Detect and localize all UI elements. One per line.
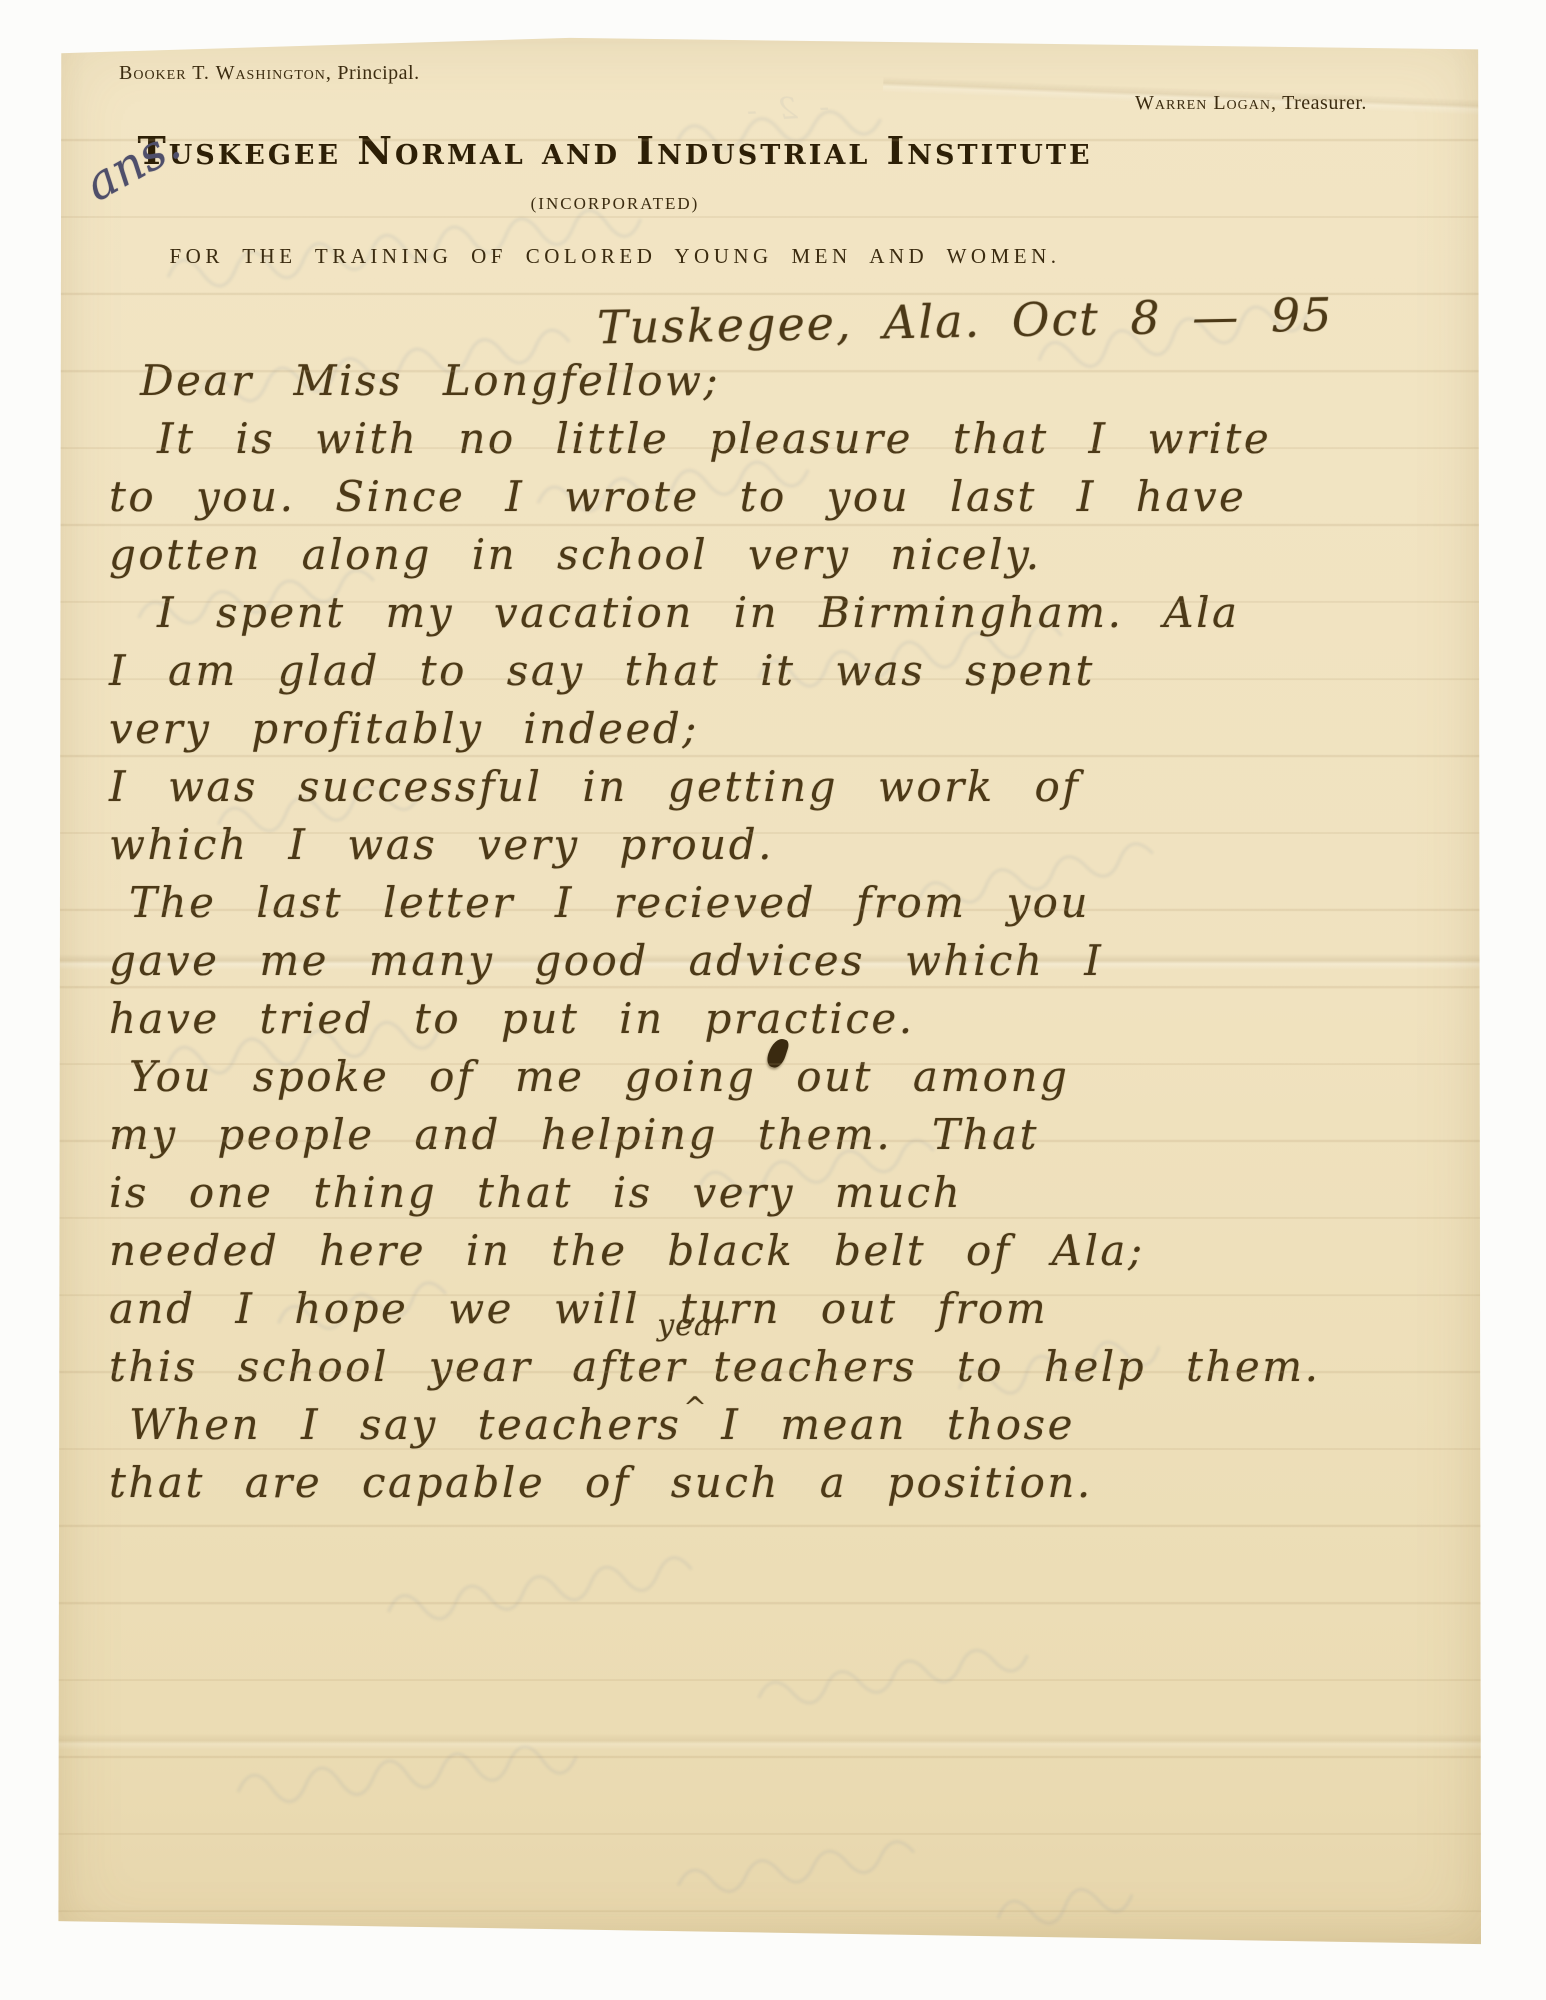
handwritten-line: my people and helping them. That bbox=[109, 1106, 1217, 1164]
principal-role: Principal. bbox=[332, 62, 420, 84]
salutation: Dear Miss Longfellow; bbox=[140, 352, 1217, 410]
handwritten-line: very profitably indeed; bbox=[109, 700, 1217, 758]
interlineation: year^ bbox=[687, 1371, 713, 1381]
inserted-word: year bbox=[657, 1297, 728, 1355]
handwritten-line: needed here in the black belt of Ala; bbox=[109, 1222, 1217, 1280]
handwritten-line: I spent my vacation in Birmingham. Ala bbox=[157, 584, 1217, 642]
caret-mark: ^ bbox=[683, 1379, 709, 1437]
bleed-through-page-number: - 2 - bbox=[724, 89, 846, 130]
handwritten-line: It is with no little pleasure that I wri… bbox=[157, 410, 1217, 468]
dateline: Tuskegee, Ala. Oct 8 — 95 bbox=[597, 288, 1334, 355]
handwritten-line: gave me many good advices which I bbox=[109, 932, 1217, 990]
letter-body: Dear Miss Longfellow; It is with no litt… bbox=[107, 352, 1217, 1512]
handwritten-line: I was successful in getting work of bbox=[109, 758, 1217, 816]
letterhead-institution-title: Tuskegee Normal and Industrial Institute bbox=[57, 128, 1173, 173]
letterhead-tagline: FOR THE TRAINING OF COLORED YOUNG MEN AN… bbox=[57, 244, 1173, 269]
principal-name: Booker T. Washington, bbox=[119, 62, 332, 84]
handwritten-line: When I say teachers I mean those bbox=[129, 1396, 1217, 1454]
handwritten-line: that are capable of such a position. bbox=[109, 1454, 1217, 1512]
letterhead-principal: Booker T. Washington, Principal. bbox=[119, 62, 420, 85]
scanned-letter: - 2 - Booker T. Washington, Principal. W… bbox=[0, 0, 1546, 2000]
letterhead-incorporated: (INCORPORATED) bbox=[57, 194, 1173, 214]
fold-crease bbox=[57, 1734, 1481, 1750]
treasurer-role: Treasurer. bbox=[1277, 92, 1367, 114]
interlined-pre: this school year after bbox=[109, 1342, 687, 1391]
handwritten-line: is one thing that is very much bbox=[109, 1164, 1217, 1222]
handwritten-line: to you. Since I wrote to you last I have bbox=[109, 468, 1217, 526]
treasurer-name: Warren Logan, bbox=[1135, 92, 1277, 114]
handwritten-line-with-insertion: this school year afteryear^teachers to h… bbox=[109, 1338, 1217, 1396]
letter-paper: - 2 - Booker T. Washington, Principal. W… bbox=[57, 36, 1481, 1946]
handwritten-line: I am glad to say that it was spent bbox=[109, 642, 1217, 700]
handwritten-line: have tried to put in practice. bbox=[109, 990, 1217, 1048]
interlined-post: teachers to help them. bbox=[713, 1342, 1320, 1391]
handwritten-line: gotten along in school very nicely. bbox=[109, 526, 1217, 584]
handwritten-line: The last letter I recieved from you bbox=[129, 874, 1217, 932]
letterhead-treasurer: Warren Logan, Treasurer. bbox=[1135, 92, 1367, 115]
handwritten-line: which I was very proud. bbox=[109, 816, 1217, 874]
handwritten-line: You spoke of me going out among bbox=[129, 1048, 1217, 1106]
